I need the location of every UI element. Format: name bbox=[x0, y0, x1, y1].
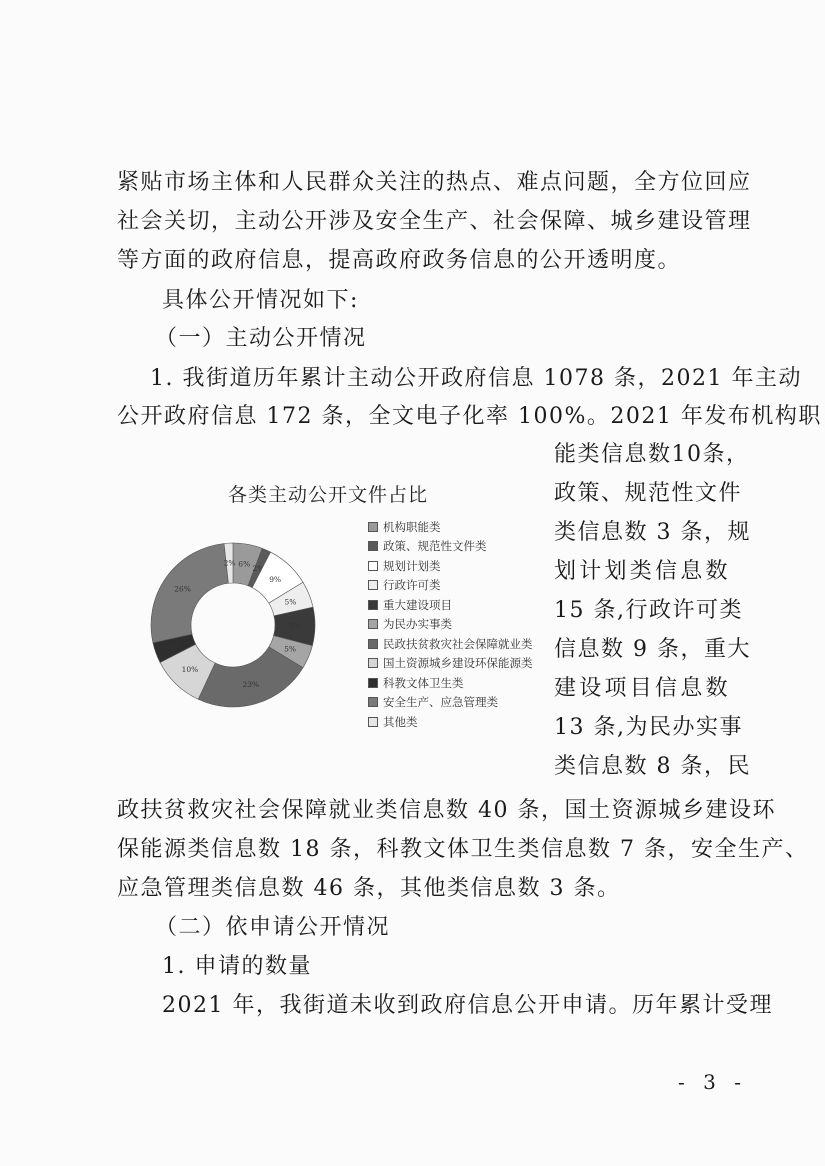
section-heading-1: （一）主动公开情况 bbox=[155, 324, 367, 354]
legend-swatch-icon bbox=[368, 658, 378, 668]
legend-item: 民政扶贫救灾社会保障就业类 bbox=[368, 634, 533, 654]
lead-text: 具体公开情况如下: bbox=[162, 286, 359, 316]
text-line: 能类信息数10条， bbox=[554, 440, 729, 470]
slice-label: 10% bbox=[182, 665, 199, 674]
legend-label: 为民办实事类 bbox=[383, 616, 452, 632]
slice-label: 2% bbox=[224, 559, 236, 568]
legend-swatch-icon bbox=[368, 619, 378, 629]
legend-swatch-icon bbox=[368, 600, 378, 610]
text-line: 政策、规范性文件 bbox=[554, 479, 729, 509]
slice-label: 26% bbox=[174, 584, 191, 593]
donut-graphic: 6%2%9%5%8%5%23%10%4%26%2% bbox=[148, 540, 318, 710]
legend-label: 安全生产、应急管理类 bbox=[383, 694, 498, 710]
legend-swatch-icon bbox=[368, 639, 378, 649]
legend-swatch-icon bbox=[368, 522, 378, 532]
text-line: 保能源类信息数 18 条，科教文体卫生类信息数 7 条，安全生产、 bbox=[117, 835, 729, 865]
text-line: 15 条,行政许可类 bbox=[554, 596, 729, 626]
legend-label: 规划计划类 bbox=[383, 558, 441, 574]
legend-label: 其他类 bbox=[383, 714, 418, 730]
legend-item: 国土资源城乡建设环保能源类 bbox=[368, 654, 533, 674]
legend-label: 国土资源城乡建设环保能源类 bbox=[383, 655, 533, 671]
text-line: 类信息数 8 条，民 bbox=[554, 752, 729, 782]
legend-item: 其他类 bbox=[368, 712, 533, 732]
slice-label: 4% bbox=[169, 642, 181, 651]
text-line: 政扶贫救灾社会保障就业类信息数 40 条，国土资源城乡建设环 bbox=[117, 796, 729, 826]
legend-label: 机构职能类 bbox=[383, 519, 441, 535]
legend-swatch-icon bbox=[368, 580, 378, 590]
legend-label: 行政许可类 bbox=[383, 577, 441, 593]
slice-label: 8% bbox=[289, 622, 301, 631]
slice-label: 5% bbox=[285, 597, 297, 606]
chart-legend: 机构职能类政策、规范性文件类规划计划类行政许可类重大建设项目为民办实事类民政扶贫… bbox=[368, 517, 533, 732]
legend-item: 行政许可类 bbox=[368, 576, 533, 596]
legend-swatch-icon bbox=[368, 678, 378, 688]
text-line: 社会关切，主动公开涉及安全生产、社会保障、城乡建设管理 bbox=[117, 207, 729, 237]
legend-item: 安全生产、应急管理类 bbox=[368, 693, 533, 713]
legend-swatch-icon bbox=[368, 697, 378, 707]
text-line: 类信息数 3 条，规 bbox=[554, 518, 729, 548]
legend-item: 重大建设项目 bbox=[368, 595, 533, 615]
legend-item: 科教文体卫生类 bbox=[368, 673, 533, 693]
text-line: 应急管理类信息数 46 条，其他类信息数 3 条。 bbox=[117, 874, 620, 904]
legend-swatch-icon bbox=[368, 541, 378, 551]
legend-label: 重大建设项目 bbox=[383, 597, 452, 613]
slice-label: 23% bbox=[243, 680, 260, 689]
legend-swatch-icon bbox=[368, 717, 378, 727]
text-line: 建设项目信息数 bbox=[554, 674, 729, 704]
legend-item: 机构职能类 bbox=[368, 517, 533, 537]
page-number: - 3 - bbox=[678, 1070, 747, 1094]
legend-item: 规划计划类 bbox=[368, 556, 533, 576]
text-line: 划计划类信息数 bbox=[554, 557, 729, 587]
legend-label: 科教文体卫生类 bbox=[383, 675, 464, 691]
slice-label: 9% bbox=[269, 575, 281, 584]
subsection-heading: 1. 申请的数量 bbox=[162, 952, 312, 982]
legend-label: 民政扶贫救灾社会保障就业类 bbox=[383, 636, 533, 652]
legend-swatch-icon bbox=[368, 561, 378, 571]
text-line: 紧贴市场主体和人民群众关注的热点、难点问题，全方位回应 bbox=[117, 168, 729, 198]
chart-title: 各类主动公开文件占比 bbox=[228, 480, 428, 507]
text-line: 公开政府信息 172 条，全文电子化率 100%。2021 年发布机构职 bbox=[117, 402, 729, 432]
text-line: 等方面的政府信息，提高政府政务信息的公开透明度。 bbox=[117, 246, 681, 276]
legend-item: 为民办实事类 bbox=[368, 615, 533, 635]
slice-label: 5% bbox=[284, 645, 296, 654]
text-line: 2021 年，我街道未收到政府信息公开申请。历年累计受理 bbox=[162, 991, 729, 1021]
legend-item: 政策、规范性文件类 bbox=[368, 537, 533, 557]
text-line: 1. 我街道历年累计主动公开政府信息 1078 条，2021 年主动 bbox=[150, 364, 729, 394]
section-heading-2: （二）依申请公开情况 bbox=[155, 913, 390, 943]
text-line: 信息数 9 条，重大 bbox=[554, 635, 729, 665]
text-line: 13 条,为民办实事 bbox=[554, 713, 729, 743]
slice-label: 6% bbox=[238, 560, 250, 569]
legend-label: 政策、规范性文件类 bbox=[383, 538, 487, 554]
